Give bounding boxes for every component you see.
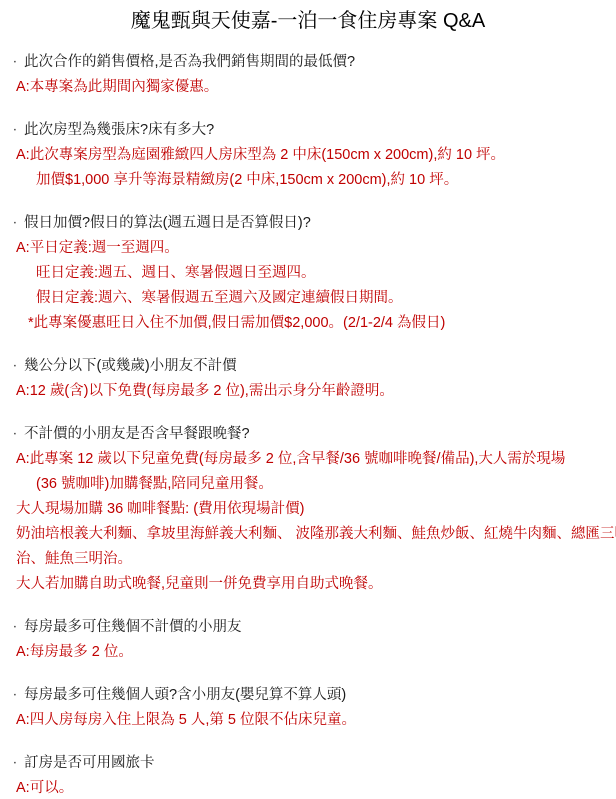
question-text: 假日加價?假日的算法(週五週日是否算假日)? bbox=[24, 215, 311, 231]
page-title: 魔鬼甄與天使嘉-一泊一食住房專案 Q&A bbox=[10, 8, 606, 34]
question-bullet: ‧ bbox=[13, 118, 17, 143]
answer-line: 加價$1,000 享升等海景精緻房(2 中床,150cm x 200cm),約 … bbox=[10, 168, 606, 193]
question-line: ‧ 訂房是否可用國旅卡 bbox=[10, 751, 606, 776]
qa-block: ‧ 此次合作的銷售價格,是否為我們銷售期間的最低價? A:本專案為此期間內獨家優… bbox=[10, 50, 606, 100]
answer-line: A:每房最多 2 位。 bbox=[10, 640, 606, 665]
question-line: ‧ 此次房型為幾張床?床有多大? bbox=[10, 118, 606, 143]
qa-block: ‧ 幾公分以下(或幾歲)小朋友不計價 A:12 歲(含)以下免費(每房最多 2 … bbox=[10, 354, 606, 404]
question-bullet: ‧ bbox=[13, 615, 17, 640]
question-bullet: ‧ bbox=[13, 422, 17, 447]
question-text: 此次房型為幾張床?床有多大? bbox=[24, 122, 214, 138]
question-line: ‧ 假日加價?假日的算法(週五週日是否算假日)? bbox=[10, 211, 606, 236]
answer-line: 大人現場加購 36 咖啡餐點: (費用依現場計價) bbox=[10, 497, 606, 522]
question-text: 不計價的小朋友是否含早餐跟晚餐? bbox=[24, 426, 250, 442]
question-bullet: ‧ bbox=[13, 211, 17, 236]
question-bullet: ‧ bbox=[13, 751, 17, 776]
question-bullet: ‧ bbox=[13, 354, 17, 379]
question-text: 幾公分以下(或幾歲)小朋友不計價 bbox=[24, 358, 237, 374]
qa-block: ‧ 每房最多可住幾個人頭?含小朋友(嬰兒算不算人頭) A:四人房每房入住上限為 … bbox=[10, 683, 606, 733]
answer-line: A:12 歲(含)以下免費(每房最多 2 位),需出示身分年齡證明。 bbox=[10, 379, 606, 404]
answer-line: A:此專案 12 歲以下兒童免費(每房最多 2 位,含早餐/36 號咖啡晚餐/備… bbox=[10, 447, 606, 472]
document-page: 魔鬼甄與天使嘉-一泊一食住房專案 Q&A ‧ 此次合作的銷售價格,是否為我們銷售… bbox=[0, 0, 616, 799]
answer-line: 奶油培根義大利麵、拿坡里海鮮義大利麵、 波隆那義大利麵、鮭魚炒飯、紅燒牛肉麵、總… bbox=[10, 522, 606, 547]
answer-line: A:平日定義:週一至週四。 bbox=[10, 236, 606, 261]
question-line: ‧ 每房最多可住幾個人頭?含小朋友(嬰兒算不算人頭) bbox=[10, 683, 606, 708]
question-text: 每房最多可住幾個人頭?含小朋友(嬰兒算不算人頭) bbox=[24, 687, 346, 703]
question-bullet: ‧ bbox=[13, 683, 17, 708]
answer-line: 旺日定義:週五、週日、寒暑假週日至週四。 bbox=[10, 261, 606, 286]
answer-line: A:可以。 bbox=[10, 776, 606, 799]
answer-line: (36 號咖啡)加購餐點,陪同兒童用餐。 bbox=[10, 472, 606, 497]
answer-line: 假日定義:週六、寒暑假週五至週六及國定連續假日期間。 bbox=[10, 286, 606, 311]
answer-line: *此專案優惠旺日入住不加價,假日需加價$2,000。(2/1-2/4 為假日) bbox=[10, 311, 606, 336]
answer-line: A:四人房每房入住上限為 5 人,第 5 位限不佔床兒童。 bbox=[10, 708, 606, 733]
answer-line: 大人若加購自助式晚餐,兒童則一併免費享用自助式晚餐。 bbox=[10, 572, 606, 597]
question-bullet: ‧ bbox=[13, 50, 17, 75]
answer-line: A:此次專案房型為庭園雅緻四人房床型為 2 中床(150cm x 200cm),… bbox=[10, 143, 606, 168]
qa-block: ‧ 每房最多可住幾個不計價的小朋友 A:每房最多 2 位。 bbox=[10, 615, 606, 665]
qa-block: ‧ 假日加價?假日的算法(週五週日是否算假日)? A:平日定義:週一至週四。 旺… bbox=[10, 211, 606, 336]
qa-block: ‧ 此次房型為幾張床?床有多大? A:此次專案房型為庭園雅緻四人房床型為 2 中… bbox=[10, 118, 606, 193]
answer-line: A:本專案為此期間內獨家優惠。 bbox=[10, 75, 606, 100]
question-line: ‧ 每房最多可住幾個不計價的小朋友 bbox=[10, 615, 606, 640]
question-text: 此次合作的銷售價格,是否為我們銷售期間的最低價? bbox=[24, 54, 355, 70]
question-line: ‧ 此次合作的銷售價格,是否為我們銷售期間的最低價? bbox=[10, 50, 606, 75]
question-line: ‧ 不計價的小朋友是否含早餐跟晚餐? bbox=[10, 422, 606, 447]
answer-line: 治、鮭魚三明治。 bbox=[10, 547, 606, 572]
qa-block: ‧ 不計價的小朋友是否含早餐跟晚餐? A:此專案 12 歲以下兒童免費(每房最多… bbox=[10, 422, 606, 597]
question-line: ‧ 幾公分以下(或幾歲)小朋友不計價 bbox=[10, 354, 606, 379]
question-text: 每房最多可住幾個不計價的小朋友 bbox=[24, 619, 242, 635]
question-text: 訂房是否可用國旅卡 bbox=[24, 755, 155, 771]
qa-block: ‧ 訂房是否可用國旅卡 A:可以。 bbox=[10, 751, 606, 799]
